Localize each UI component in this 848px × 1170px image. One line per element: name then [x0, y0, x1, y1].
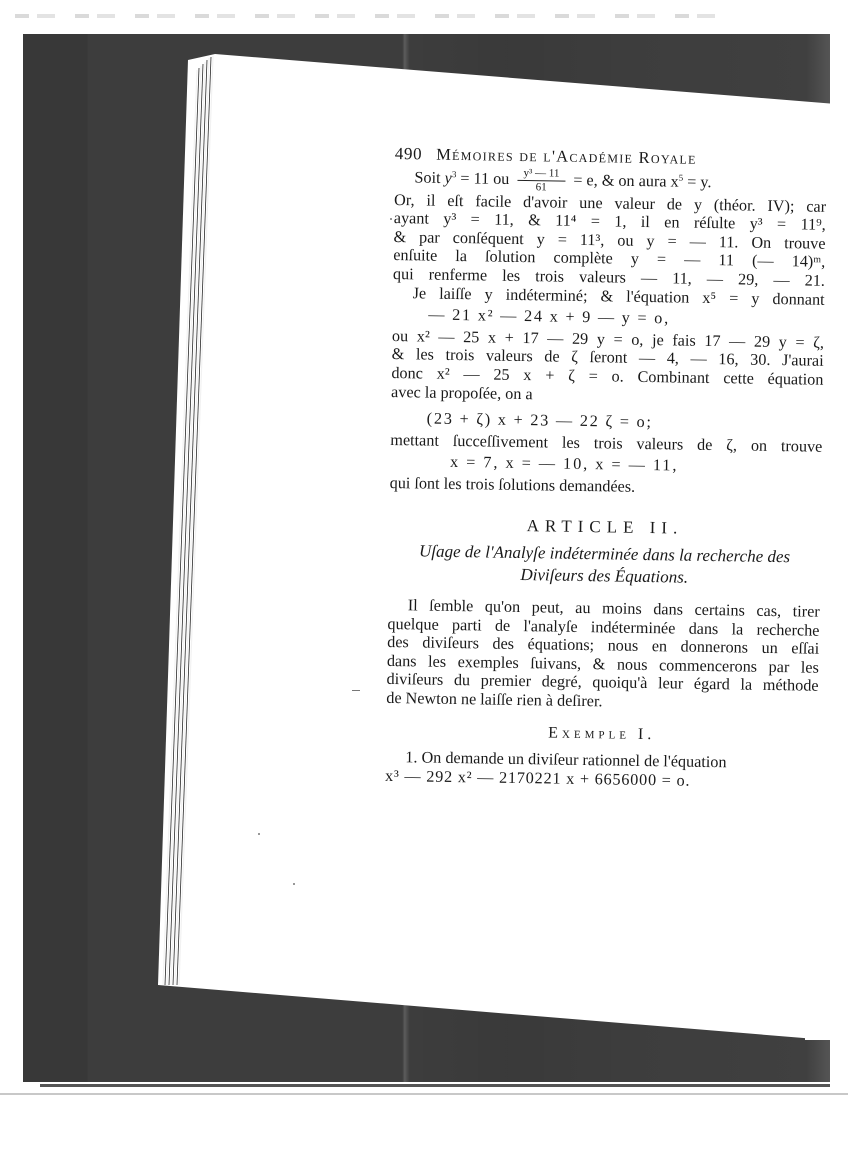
text-line: mettant ſucceſſivement les trois valeurs…: [390, 431, 822, 456]
running-head-title: Mémoires de l'Académie Royale: [436, 146, 697, 169]
text: Soit: [414, 168, 444, 186]
page-number: 490: [395, 145, 423, 164]
page-text: 490 Mémoires de l'Académie Royale Soit y…: [385, 145, 827, 792]
article-heading: ARTICLE II.: [389, 514, 821, 539]
text: = e, & on aura x: [569, 171, 679, 191]
article-subtitle: Uſage de l'Analyſe indéterminée dans la …: [388, 540, 821, 591]
fraction-denominator: 61: [517, 181, 565, 194]
paper-sheet-edge: [0, 1093, 848, 1095]
speck: [258, 833, 260, 835]
text: = 11 ou: [456, 169, 513, 188]
speck: [293, 883, 295, 885]
equation-line: — 21 x² — 24 x + 9 — y = o,: [392, 305, 824, 330]
margin-mark: [352, 690, 360, 691]
equation-line: x = 7, x = — 10, x = — 11,: [390, 452, 822, 477]
scan-frame-bottom-edge: [40, 1084, 830, 1087]
text: = y.: [683, 172, 712, 190]
fraction-numerator: y³ — 11: [517, 168, 565, 182]
exemple-heading: Exemple I.: [386, 722, 818, 747]
fraction: y³ — 1161: [517, 168, 565, 194]
speck: [390, 218, 392, 220]
paragraph: Il ſemble qu'on peut, au moins dans cert…: [386, 596, 820, 714]
equation-line: (23 + ζ) x + 23 — 22 ζ = o;: [391, 409, 823, 434]
text-line: qui ſont les trois ſolutions demandées.: [390, 474, 822, 499]
